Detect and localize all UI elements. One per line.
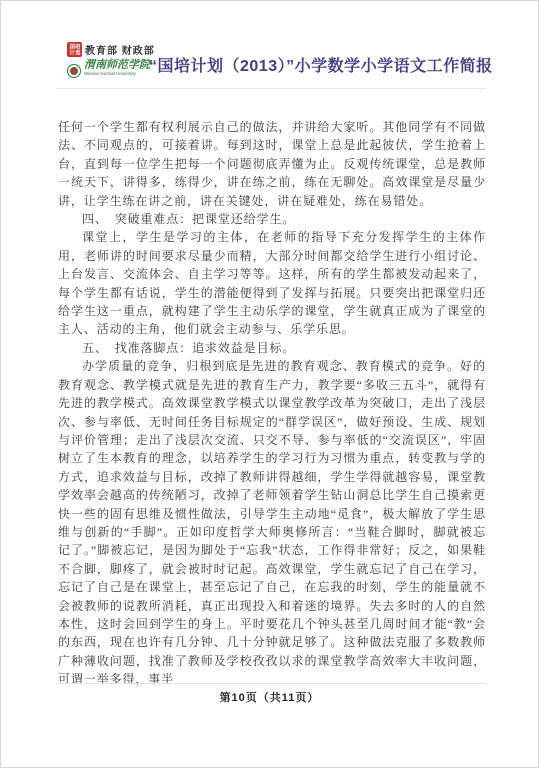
footer-divider xyxy=(56,683,486,684)
report-title: “国培计划（2013）”小学数学小学语文工作简报 xyxy=(149,43,493,85)
paragraph: 五、 找准落脚点：追求效益是目标。 xyxy=(58,339,486,357)
ministry-row: 国培 计划 教育部 财政部 xyxy=(67,42,151,57)
page-number: 第10页（共11页） xyxy=(220,692,320,704)
university-name-en: Weinan Normal University xyxy=(84,72,136,77)
paragraph: 课堂上，学生是学习的主体，在老师的指导下充分发挥学生的主体作用，老师讲的时间要求… xyxy=(58,228,486,338)
document-body: 任何一个学生都有权利展示自己的做法，并讲给大家听。其他同学有不同做法、不同观点的… xyxy=(58,118,486,689)
guopei-plan-seal-icon: 国培 计划 xyxy=(67,42,82,57)
seal-line2: 计划 xyxy=(69,50,80,56)
page-footer: 第10页（共11页） xyxy=(1,689,538,705)
university-row: 渭南师范学院 Weinan Normal University xyxy=(67,60,151,82)
paragraph: 办学质量的竞争，归根到底是先进的教育观念、教育模式的竞争。好的教育观念、教学模式… xyxy=(58,357,486,688)
paragraph: 四、 突破重难点：把课堂还给学生。 xyxy=(58,210,486,228)
seal-line1: 国培 xyxy=(69,43,80,49)
document-page: 国培 计划 教育部 财政部 渭南师范学院 Weinan Normal Unive… xyxy=(0,0,539,768)
ministry-label: 教育部 财政部 xyxy=(85,42,155,57)
university-logo-icon xyxy=(67,64,81,78)
paragraph: 任何一个学生都有权利展示自己的做法，并讲给大家听。其他同学有不同做法、不同观点的… xyxy=(58,118,486,210)
header-divider xyxy=(56,88,486,89)
page-header-logo: 国培 计划 教育部 财政部 渭南师范学院 Weinan Normal Unive… xyxy=(67,42,151,82)
